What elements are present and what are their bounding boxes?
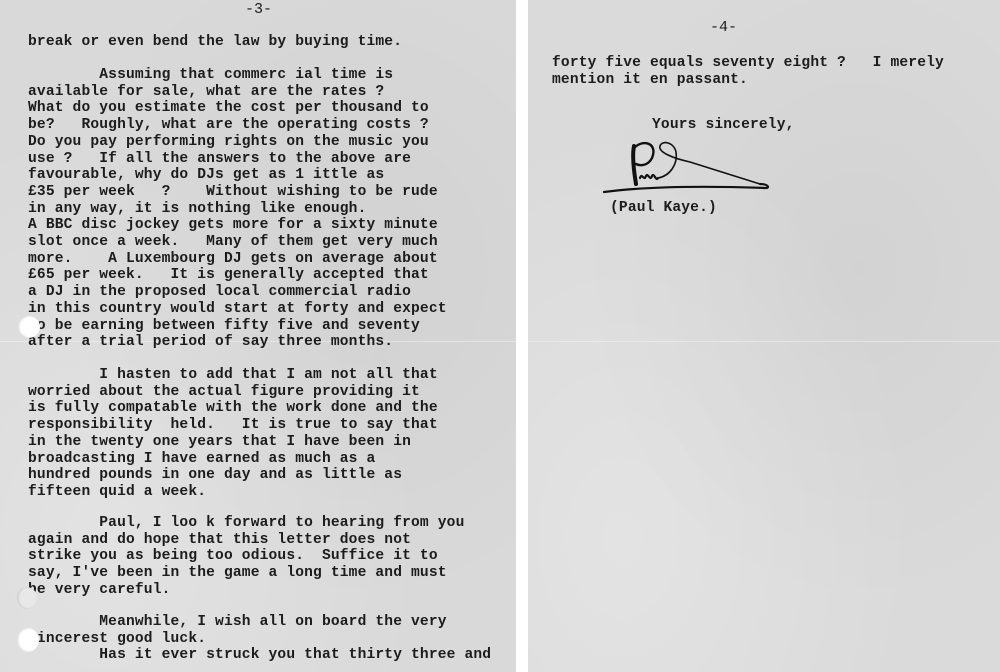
punch-hole: [18, 316, 40, 338]
paragraph-en-passant: forty five equals seventy eight ? I mere…: [552, 55, 944, 88]
punch-hole: [17, 587, 37, 609]
closing-salutation: Yours sincerely,: [652, 117, 795, 134]
paragraph-continuation: break or even bend the law by buying tim…: [28, 34, 402, 51]
paragraph-figure: I hasten to add that I am not all that w…: [28, 367, 438, 501]
paragraph-good-luck: Meanwhile, I wish all on board the very …: [28, 614, 491, 664]
page-number: -3-: [245, 1, 272, 18]
page-number: -4-: [710, 19, 737, 36]
paragraph-rates-questions: Assuming that commerc ial time is availa…: [28, 67, 447, 351]
handwritten-signature-icon: [600, 134, 780, 196]
punch-hole: [17, 628, 39, 652]
signer-name: (Paul Kaye.): [610, 200, 717, 217]
paragraph-hearing-from-you: Paul, I loo k forward to hearing from yo…: [28, 515, 464, 599]
letter-page-3: -3- break or even bend the law by buying…: [0, 0, 516, 672]
letter-page-4: -4- forty five equals seventy eight ? I …: [528, 0, 1000, 672]
paper-fold-line: [528, 341, 1000, 342]
